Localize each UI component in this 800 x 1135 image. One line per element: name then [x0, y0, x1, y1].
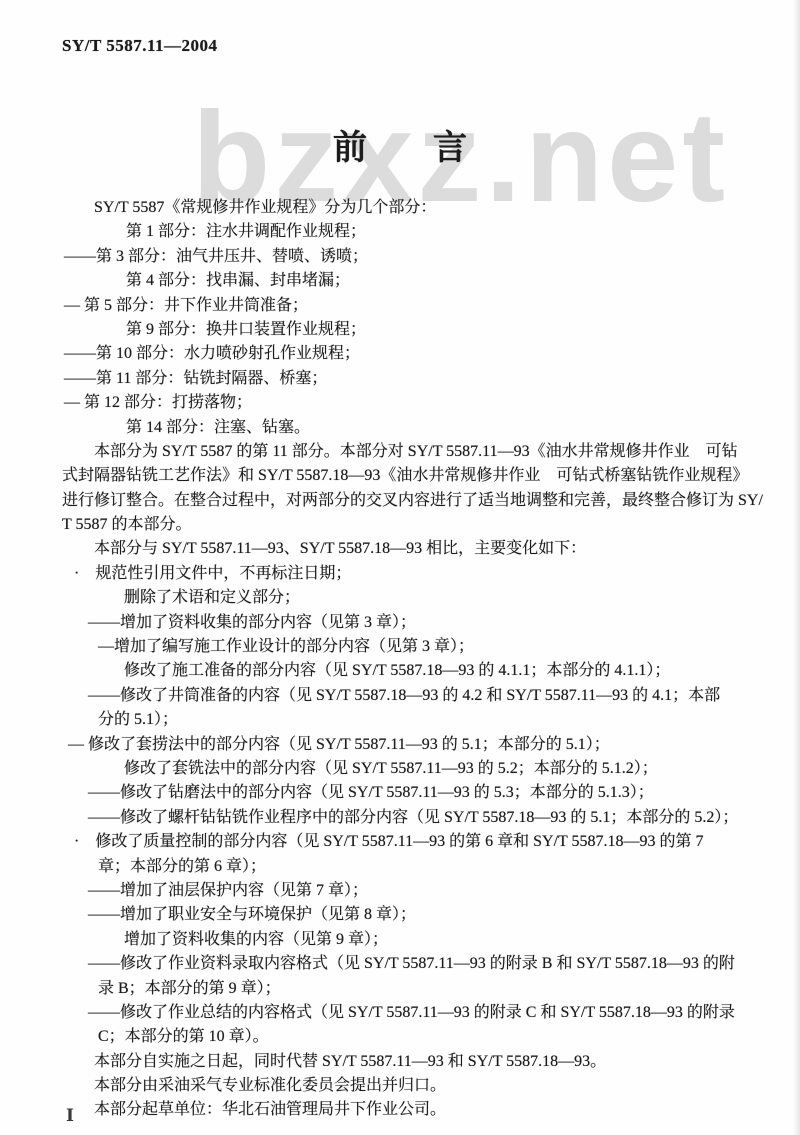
- page-title-foreword: 前 言: [0, 120, 800, 169]
- text-line: ——第 3 部分：油气井压井、替喷、诱喷；: [62, 245, 774, 269]
- text-line: ——第 11 部分：钻铣封隔器、桥塞；: [62, 367, 774, 391]
- text-line: ——增加了油层保护内容（见第 7 章）；: [62, 879, 774, 903]
- text-line: 删除了术语和定义部分；: [62, 586, 774, 610]
- text-line: SY/T 5587《常规修井作业规程》分为几个部分：: [62, 196, 774, 220]
- text-line: 进行修订整合。在整合过程中，对两部分的交叉内容进行了适当地调整和完善，最终整合修…: [62, 489, 774, 513]
- text-line: ——第 10 部分：水力喷砂射孔作业规程；: [62, 342, 774, 366]
- text-line: 本部分自实施之日起，同时代替 SY/T 5587.11—93 和 SY/T 55…: [62, 1050, 774, 1074]
- standard-number-header: SY/T 5587.11—2004: [62, 36, 218, 56]
- text-line: · 规范性引用文件中，不再标注日期；: [62, 562, 774, 586]
- text-line: 章；本部分的第 6 章）；: [62, 855, 774, 879]
- text-line: 修改了施工准备的部分内容（见 SY/T 5587.18—93 的 4.1.1；本…: [62, 659, 774, 683]
- text-line: 第 14 部分：注塞、钻塞。: [62, 416, 774, 440]
- text-line: ——修改了螺杆钻钻铣作业程序中的部分内容（见 SY/T 5587.18—93 的…: [62, 806, 774, 830]
- text-line: — 第 12 部分：打捞落物；: [62, 391, 774, 415]
- text-line: ——修改了钻磨法中的部分内容（见 SY/T 5587.11—93 的 5.3；本…: [62, 781, 774, 805]
- text-line: 第 4 部分：找串漏、封串堵漏；: [62, 269, 774, 293]
- text-line: ——增加了职业安全与环境保护（见第 8 章）；: [62, 903, 774, 927]
- text-line: 本部分由采油采气专业标准化委员会提出并归口。: [62, 1074, 774, 1098]
- text-line: 第 1 部分：注水井调配作业规程；: [62, 220, 774, 244]
- text-line: — 第 5 部分：井下作业井筒准备；: [62, 294, 774, 318]
- text-line: 分的 5.1）；: [62, 708, 774, 732]
- text-line: 增加了资料收集的内容（见第 9 章）；: [62, 928, 774, 952]
- text-line: 本部分起草单位：华北石油管理局井下作业公司。: [62, 1098, 774, 1122]
- text-line: — 修改了套捞法中的部分内容（见 SY/T 5587.11—93 的 5.1；本…: [62, 733, 774, 757]
- text-line: 录 B；本部分的第 9 章）；: [62, 977, 774, 1001]
- text-line: ——增加了资料收集的部分内容（见第 3 章）；: [62, 611, 774, 635]
- text-line: ——修改了作业总结的内容格式（见 SY/T 5587.11—93 的附录 C 和…: [62, 1001, 774, 1025]
- text-line: 式封隔器钻铣工艺作法》和 SY/T 5587.18—93《油水井常规修井作业 可…: [62, 464, 774, 488]
- text-line: ——修改了井筒准备的内容（见 SY/T 5587.18—93 的 4.2 和 S…: [62, 684, 774, 708]
- text-line: 第 9 部分：换井口装置作业规程；: [62, 318, 774, 342]
- text-line: —增加了编写施工作业设计的部分内容（见第 3 章）；: [62, 635, 774, 659]
- scan-edge-shadow: [793, 0, 800, 1135]
- text-line: 本部分与 SY/T 5587.11—93、SY/T 5587.18—93 相比，…: [62, 537, 774, 561]
- page-number: Ⅰ: [66, 1106, 74, 1126]
- text-line: ——修改了作业资料录取内容格式（见 SY/T 5587.11—93 的附录 B …: [62, 952, 774, 976]
- text-line: T 5587 的本部分。: [62, 513, 774, 537]
- text-line: 本部分为 SY/T 5587 的第 11 部分。本部分对 SY/T 5587.1…: [62, 440, 774, 464]
- text-line: C；本部分的第 10 章）。: [62, 1025, 774, 1049]
- body-text: SY/T 5587《常规修井作业规程》分为几个部分：第 1 部分：注水井调配作业…: [62, 196, 774, 1123]
- scanned-document-page: bzxz.net SY/T 5587.11—2004 前 言 SY/T 5587…: [0, 0, 800, 1135]
- text-line: · 修改了质量控制的部分内容（见 SY/T 5587.11—93 的第 6 章和…: [62, 830, 774, 854]
- text-line: 修改了套铣法中的部分内容（见 SY/T 5587.11—93 的 5.2；本部分…: [62, 757, 774, 781]
